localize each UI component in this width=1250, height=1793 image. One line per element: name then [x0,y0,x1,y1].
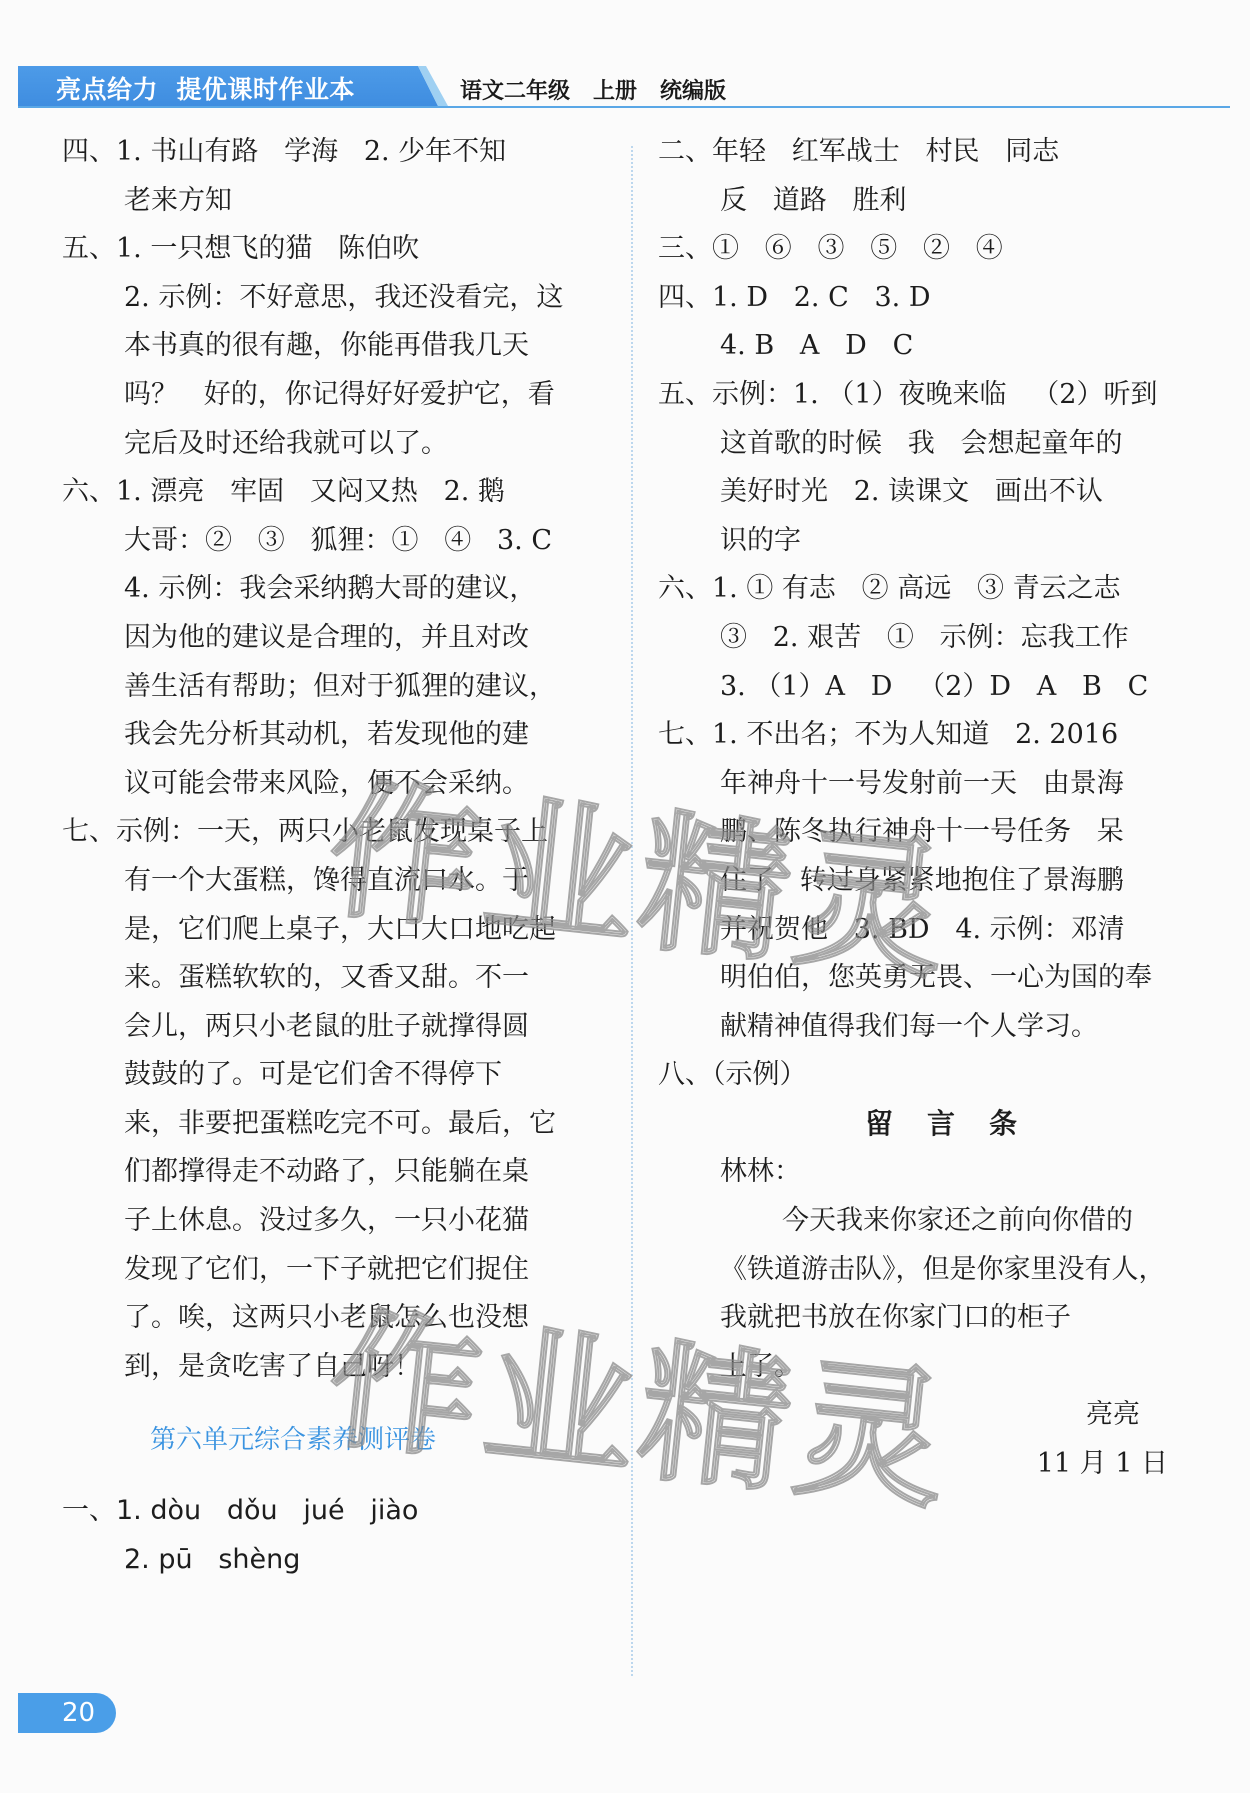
header-rule [18,106,1230,108]
answer-line: 六、1. ① 有志 ② 高远 ③ 青云之志 [658,565,1198,614]
answer-line: 吗？ 好的，你记得好好爱护它，看 [62,371,602,420]
answer-line: 善生活有帮助；但对于狐狸的建议， [62,663,602,712]
answer-line: 大哥：② ③ 狐狸：① ④ 3. C [62,517,602,566]
answer-line: 来，非要把蛋糕吃完不可。最后，它 [62,1100,602,1149]
answer-line: 五、示例：1. （1）夜晚来临 （2）听到 [658,371,1198,420]
answer-line: 子上休息。没过多久，一只小花猫 [62,1197,602,1246]
pinyin-line: 一、1. dòu dǒu jué jiào [62,1487,602,1536]
answer-line: 三、① ⑥ ③ ⑤ ② ④ [658,225,1198,274]
brand-title: 亮点给力 提优课时作业本 [56,70,355,106]
page-header: 亮点给力 提优课时作业本 语文二年级 上册 统编版 [18,66,1230,108]
answer-line: 老来方知 [62,177,602,226]
answer-line: 二、年轻 红军战士 村民 同志 [658,128,1198,177]
book-info: 语文二年级 上册 统编版 [460,74,726,105]
answer-line: 五、1. 一只想飞的猫 陈伯吹 [62,225,602,274]
answer-line: 鼓鼓的了。可是它们舍不得停下 [62,1051,602,1100]
answer-line: 本书真的很有趣，你能再借我几天 [62,322,602,371]
answer-line: 4. 示例：我会采纳鹅大哥的建议， [62,565,602,614]
answer-line: 七、1. 不出名；不为人知道 2. 2016 [658,711,1198,760]
answer-line: 因为他的建议是合理的，并且对改 [62,614,602,663]
note-body-line: 《铁道游击队》，但是你家里没有人， [658,1246,1198,1295]
answer-line: 反 道路 胜利 [658,177,1198,226]
answer-line: 四、1. 书山有路 学海 2. 少年不知 [62,128,602,177]
page-number: 20 [18,1693,116,1733]
answer-line: 识的字 [658,517,1198,566]
answer-line: 3. （1）A D （2）D A B C [658,663,1198,712]
pinyin-line: 2. pū shèng [62,1536,602,1585]
answer-line: 四、1. D 2. C 3. D [658,274,1198,323]
note-title: 留言条 [658,1100,1198,1149]
note-body-line: 今天我来你家还之前向你借的 [658,1197,1198,1246]
answer-line: 六、1. 漂亮 牢固 又闷又热 2. 鹅 [62,468,602,517]
answer-line: 们都撑得走不动路了，只能躺在桌 [62,1148,602,1197]
answer-line: 献精神值得我们每一个人学习。 [658,1003,1198,1052]
answer-line: 这首歌的时候 我 会想起童年的 [658,420,1198,469]
answer-line: 2. 示例：不好意思，我还没看完，这 [62,274,602,323]
answer-line: 美好时光 2. 读课文 画出不认 [658,468,1198,517]
answer-line: ③ 2. 艰苦 ① 示例：忘我工作 [658,614,1198,663]
answer-line: 4. B A D C [658,322,1198,371]
answer-line: 会儿，两只小老鼠的肚子就撑得圆 [62,1003,602,1052]
note-greeting: 林林： [658,1148,1198,1197]
answer-line: 完后及时还给我就可以了。 [62,420,602,469]
answer-line: 八、（示例） [658,1051,1198,1100]
